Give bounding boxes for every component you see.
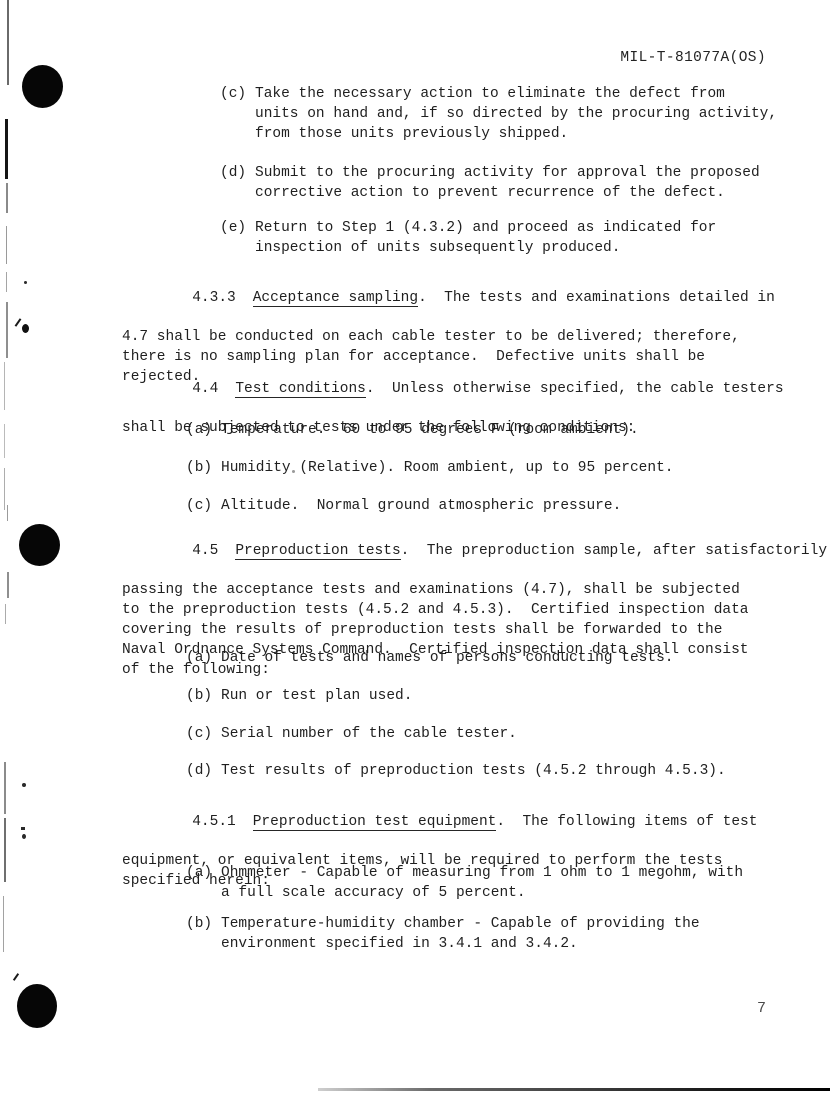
scan-edge-line	[6, 226, 7, 264]
list-marker: (b)	[186, 915, 212, 935]
section-number: 4.3.3	[192, 290, 236, 306]
section-number: 4.5	[192, 543, 218, 559]
section-text: . The following items of test	[496, 814, 757, 830]
list-marker: (a)	[186, 421, 212, 441]
scan-speck	[24, 281, 27, 284]
list-marker: (c)	[220, 85, 246, 105]
scan-speck	[22, 834, 26, 839]
list-item-text: Test results of preproduction tests (4.5…	[221, 762, 726, 782]
scan-speck	[13, 973, 19, 981]
list-item-data-b: (b) Run or test plan used.	[186, 687, 412, 707]
scan-edge-line	[7, 572, 9, 598]
list-item-text: Temperature. 60 to 95 degrees F (room am…	[221, 421, 639, 441]
list-item-equipment-a: (a) Ohmmeter - Capable of measuring from…	[186, 864, 743, 904]
section-number: 4.5.1	[192, 814, 236, 830]
list-marker: (d)	[186, 762, 212, 782]
list-item-text: Return to Step 1 (4.3.2) and proceed as …	[255, 219, 716, 259]
punch-hole-bottom	[17, 984, 57, 1028]
scan-speck	[22, 324, 29, 333]
scan-speck	[21, 827, 25, 830]
list-marker: (c)	[186, 497, 212, 517]
scan-edge-line	[3, 896, 4, 952]
list-item-condition-c: (c) Altitude. Normal ground atmospheric …	[186, 497, 621, 517]
scan-edge-line	[6, 272, 7, 292]
scan-speck	[22, 783, 26, 787]
list-item-text: Altitude. Normal ground atmospheric pres…	[221, 497, 621, 517]
scanned-document-page: MIL-T-81077A(OS) (c) Take the necessary …	[0, 0, 830, 1097]
list-marker: (a)	[186, 864, 212, 884]
scan-edge-line	[5, 119, 8, 179]
scan-edge-line	[5, 604, 6, 624]
list-item-text: Temperature-humidity chamber - Capable o…	[221, 915, 700, 955]
list-marker: (c)	[186, 725, 212, 745]
scan-edge-line	[4, 762, 6, 814]
list-item-equipment-b: (b) Temperature-humidity chamber - Capab…	[186, 915, 700, 955]
section-title: Preproduction tests	[235, 543, 400, 560]
list-marker: (e)	[220, 219, 246, 239]
list-item-d: (d) Submit to the procuring activity for…	[220, 164, 760, 204]
list-item-data-c: (c) Serial number of the cable tester.	[186, 725, 517, 745]
list-item-condition-a: (a) Temperature. 60 to 95 degrees F (roo…	[186, 421, 639, 441]
list-marker: (a)	[186, 649, 212, 669]
scan-edge-line	[6, 302, 8, 358]
section-title: Test conditions	[235, 381, 366, 398]
scan-edge-line	[4, 362, 5, 410]
list-marker: (b)	[186, 687, 212, 707]
list-item-text: Date of tests and names of persons condu…	[221, 649, 673, 669]
list-item-data-d: (d) Test results of preproduction tests …	[186, 762, 726, 782]
scan-edge-line	[4, 468, 5, 510]
list-item-c: (c) Take the necessary action to elimina…	[220, 85, 777, 144]
scan-edge-line	[7, 0, 9, 85]
page-number: 7	[757, 999, 766, 1019]
doc-number: MIL-T-81077A(OS)	[620, 49, 766, 69]
list-item-text: Ohmmeter - Capable of measuring from 1 o…	[221, 864, 743, 904]
scan-edge-line	[4, 424, 5, 458]
section-text: . The tests and examinations detailed in	[418, 290, 775, 306]
punch-hole-top	[22, 65, 63, 108]
bottom-rule	[318, 1088, 830, 1091]
list-item-text: Humidity (Relative). Room ambient, up to…	[221, 459, 673, 479]
section-number: 4.4	[192, 381, 218, 397]
section-title: Preproduction test equipment	[253, 814, 497, 831]
list-item-text: Take the necessary action to eliminate t…	[255, 85, 777, 144]
scan-edge-line	[4, 818, 6, 882]
scan-edge-line	[6, 183, 8, 213]
section-text: . Unless otherwise specified, the cable …	[366, 381, 784, 397]
section-text: . The preproduction sample, after satisf…	[401, 543, 827, 559]
punch-hole-middle	[19, 524, 60, 566]
section-title: Acceptance sampling	[253, 290, 418, 307]
list-item-e: (e) Return to Step 1 (4.3.2) and proceed…	[220, 219, 716, 259]
scan-speck	[15, 318, 22, 327]
list-item-text: Run or test plan used.	[221, 687, 412, 707]
list-item-condition-b: (b) Humidity (Relative). Room ambient, u…	[186, 459, 673, 479]
list-item-data-a: (a) Date of tests and names of persons c…	[186, 649, 673, 669]
list-item-text: Submit to the procuring activity for app…	[255, 164, 760, 204]
list-marker: (b)	[186, 459, 212, 479]
list-item-text: Serial number of the cable tester.	[221, 725, 517, 745]
scan-edge-line	[7, 505, 8, 521]
list-marker: (d)	[220, 164, 246, 184]
